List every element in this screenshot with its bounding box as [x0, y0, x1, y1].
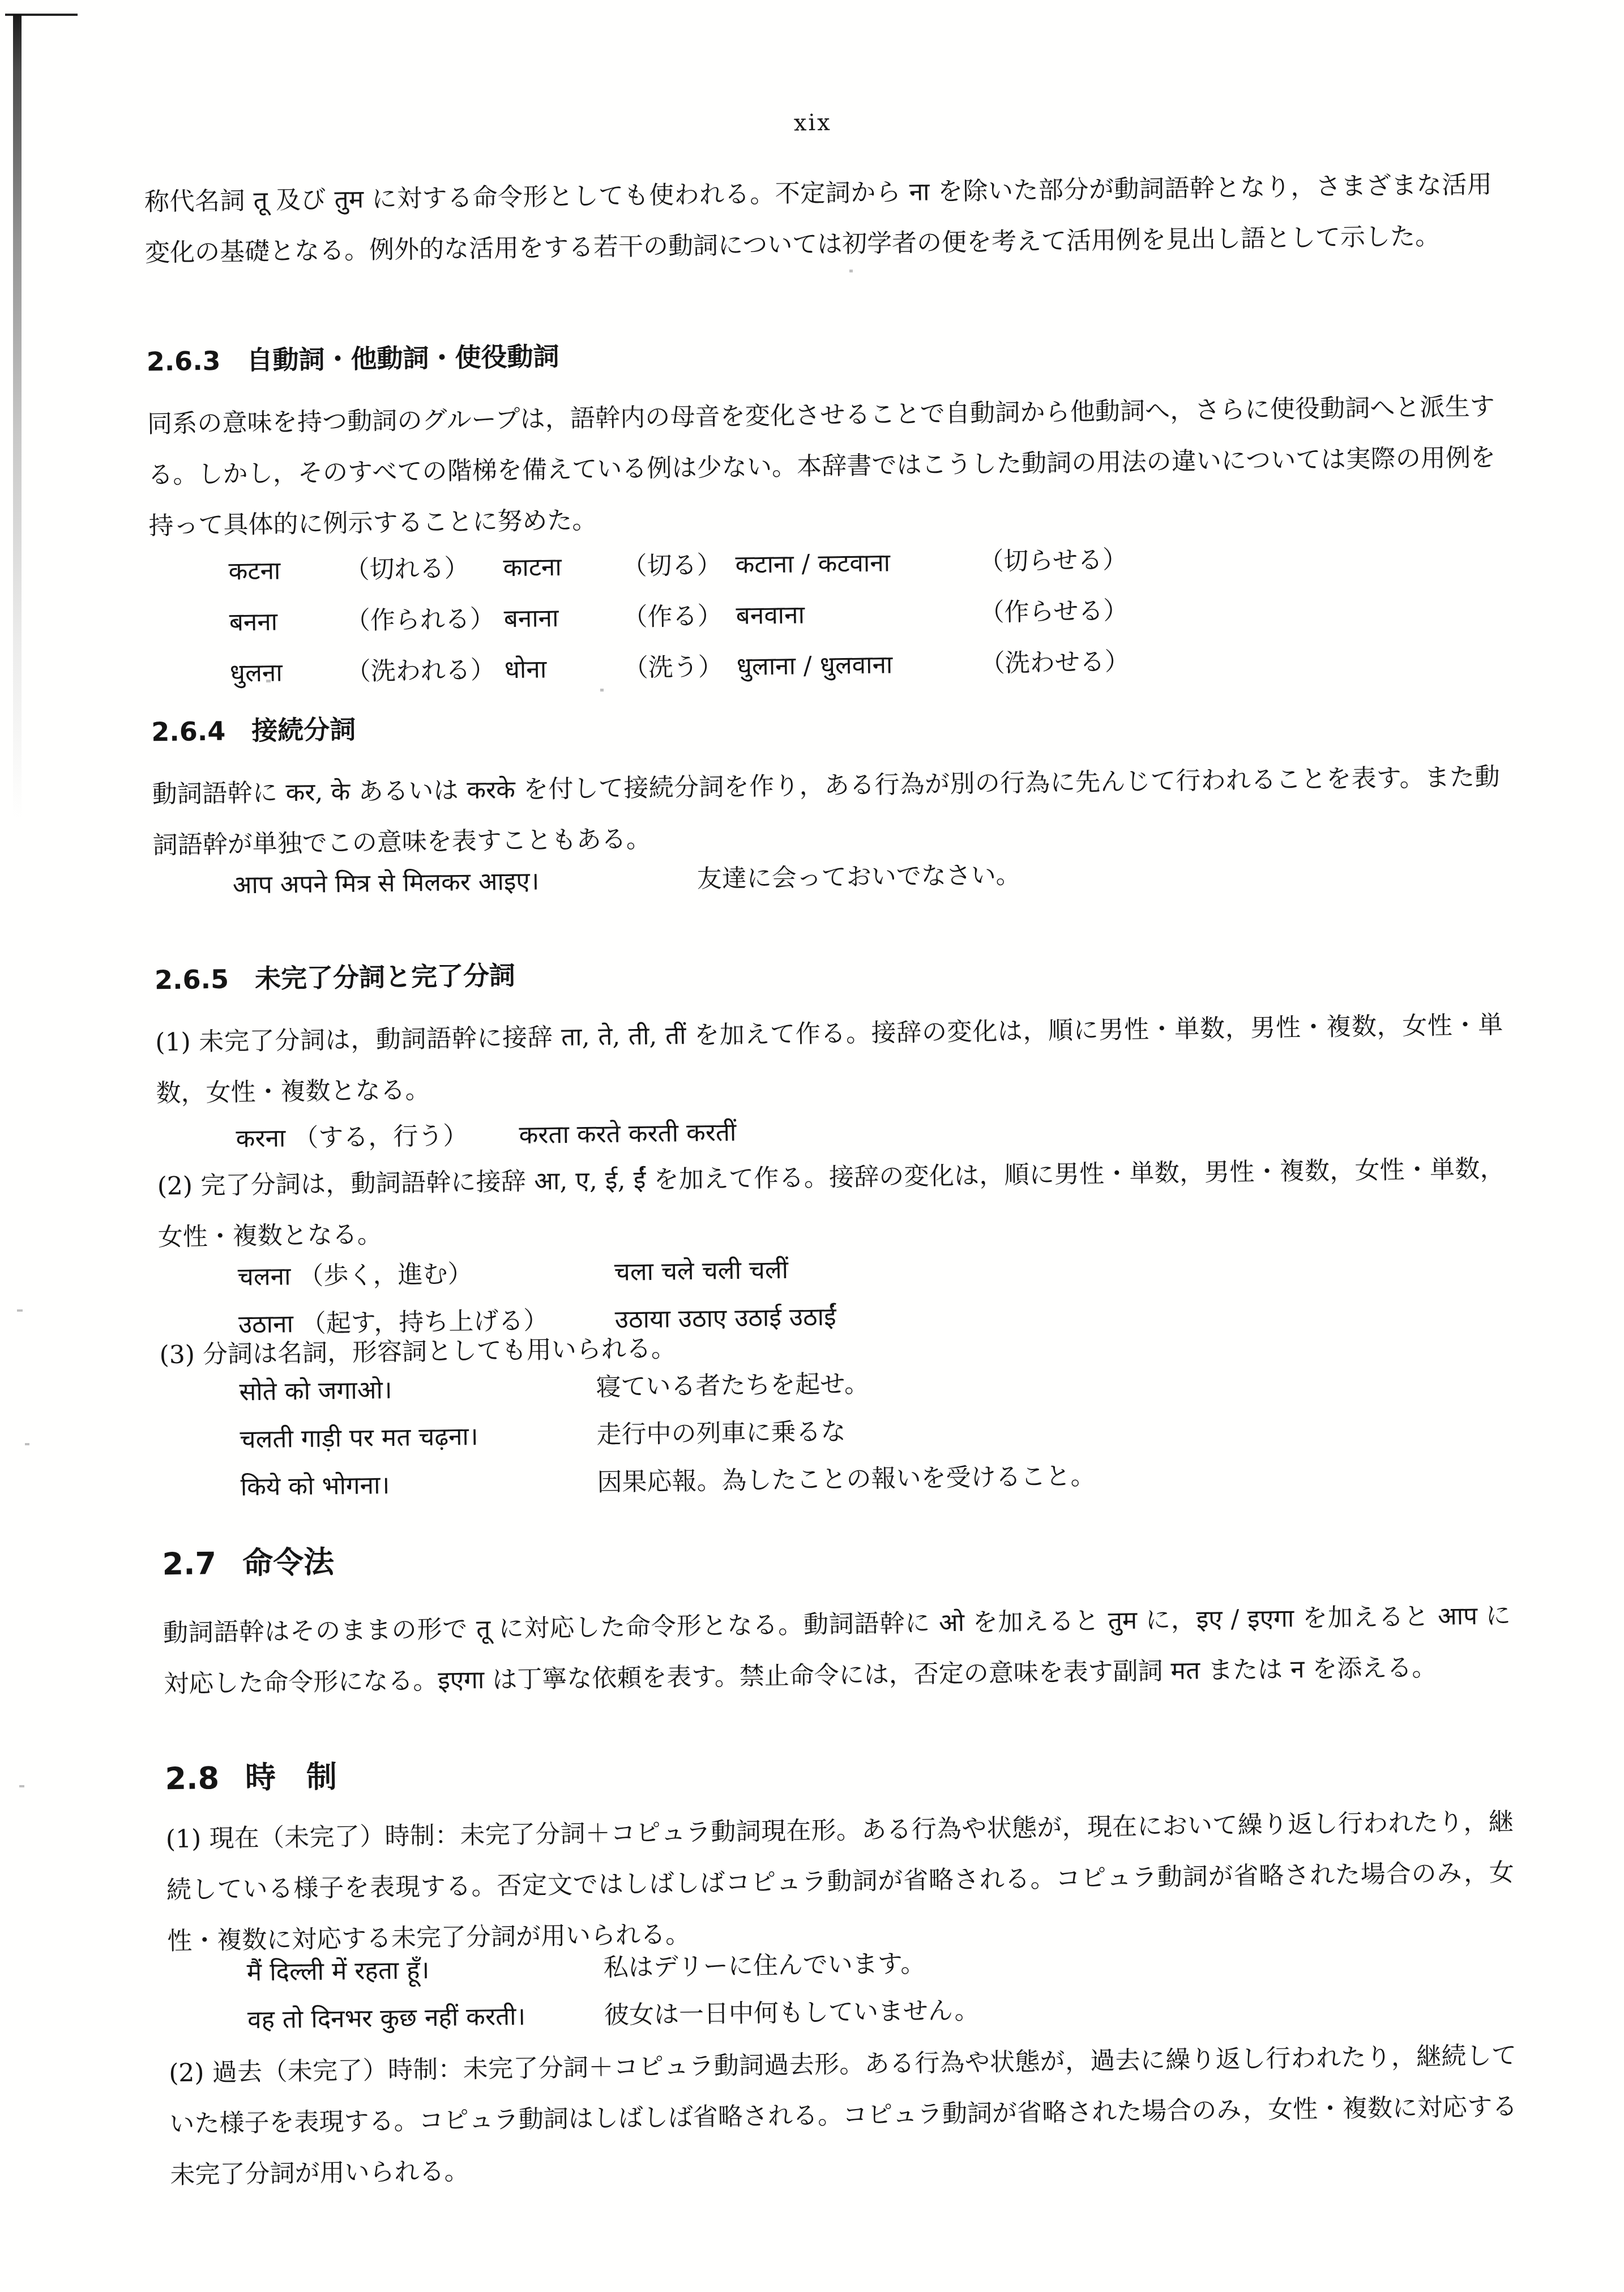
- section-heading-2-7: 2.7命令法: [162, 1527, 1624, 1582]
- causative-gloss: （切らせる）: [978, 528, 1624, 587]
- causative-gloss: （洗わせる）: [980, 630, 1624, 689]
- example-verb: चलना （歩く，進む）: [237, 1249, 614, 1301]
- section-heading-2-6-3: 2.6.3自動詞・他動詞・使役動詞: [146, 326, 1624, 377]
- transitive-verb: काटना: [503, 541, 622, 594]
- section-heading-2-8: 2.8時 制: [165, 1742, 1624, 1797]
- section-number: 2.7: [162, 1546, 216, 1582]
- page-content: xix 称代名詞 तू 及び तुम に対する命令形としても使われる。不定詞から…: [0, 0, 1624, 2203]
- causative-verb: कटाना / कटवाना: [735, 536, 979, 591]
- example-forms: चला चले चली चलीं: [614, 1247, 788, 1296]
- transitive-verb: बनाना: [503, 592, 623, 645]
- example-gloss: 因果応報。為したことの報いを受けること。: [597, 1453, 1096, 1507]
- example-gloss: 走行中の列車に乗るな: [596, 1408, 846, 1459]
- example-hindi: मैं दिल्ली में रहता हूँ।: [246, 1944, 604, 1996]
- example-gloss: 友達に会っておいでなさい。: [696, 851, 1021, 903]
- item-label: (2): [169, 2058, 204, 2088]
- transitive-gloss: （作る）: [622, 591, 736, 643]
- intransitive-gloss: （洗われる）: [345, 645, 505, 698]
- section-number: 2.8: [165, 1760, 219, 1796]
- item-label: (3): [159, 1340, 195, 1369]
- example-hindi: वह तो दिनभर कुछ नहीं करती।: [247, 1992, 604, 2044]
- numbered-item-2: (2) 過去（未完了）時制：未完了分詞＋コピュラ動詞過去形。ある行為や状態が，過…: [169, 2030, 1518, 2201]
- intransitive-verb: धुलना: [229, 647, 346, 699]
- causative-verb: बनवाना: [736, 587, 980, 642]
- section-heading-2-6-4: 2.6.4接続分詞: [151, 697, 1624, 748]
- example-gloss: 彼女は一日中何もしていません。: [604, 1987, 980, 2039]
- section-2-6-3-body: 同系の意味を持つ動詞のグループは，語幹内の母音を変化させることで自動詞から他動詞…: [147, 381, 1497, 552]
- example-hindi: किये को भोगना।: [240, 1459, 597, 1511]
- example-hindi: आप अपने मित्र से मिलकर आइए।: [232, 856, 697, 910]
- example-verb: करना （する，行う）: [236, 1112, 519, 1163]
- section-title: 自動詞・他動詞・使役動詞: [246, 341, 559, 375]
- section-number: 2.6.4: [151, 716, 226, 748]
- page-number: xix: [0, 0, 1624, 148]
- section-title: 時 制: [245, 1759, 337, 1795]
- scanned-page: xix 称代名詞 तू 及び तुम に対する命令形としても使われる。不定詞から…: [0, 0, 1624, 2292]
- example-hindi: सोते को जगाओ।: [239, 1364, 596, 1416]
- example-hindi: चलती गाड़ी पर मत चढ़ना।: [240, 1411, 597, 1463]
- example-gloss: 私はデリーに住んでいます。: [603, 1940, 926, 1992]
- example-forms: करता करते करती करतीं: [519, 1109, 737, 1159]
- intransitive-verb: कटना: [228, 545, 345, 597]
- intransitive-verb: बनना: [229, 596, 345, 648]
- item-label: (2): [157, 1171, 193, 1201]
- transitive-verb: धोना: [504, 643, 623, 695]
- section-number: 2.6.5: [155, 964, 229, 996]
- section-title: 接続分詞: [251, 714, 356, 746]
- item-body: 過去（未完了）時制：未完了分詞＋コピュラ動詞過去形。ある行為や状態が，過去に繰り…: [169, 2041, 1517, 2189]
- intransitive-gloss: （切れる）: [344, 543, 503, 596]
- item-label: (1): [155, 1028, 191, 1057]
- intransitive-gloss: （作られる）: [345, 594, 504, 647]
- causative-gloss: （作らせる）: [979, 579, 1624, 638]
- section-title: 命令法: [242, 1544, 335, 1581]
- item-body: 完了分詞は，動詞語幹に接辞 आ, ए, ई, ईं を加えて作る。接辞の変化は，…: [158, 1154, 1505, 1252]
- transitive-gloss: （洗う）: [623, 642, 737, 694]
- verb-derivation-table: कटना （切れる） काटना （切る） कटाना / कटवाना （切ら…: [228, 528, 1624, 699]
- item-body: 現在（未完了）時制：未完了分詞＋コピュラ動詞現在形。ある行為や状態が，現在におい…: [166, 1807, 1514, 1956]
- item-label: (1): [166, 1824, 202, 1854]
- section-title: 未完了分詞と完了分詞: [255, 960, 516, 994]
- transitive-gloss: （切る）: [622, 540, 736, 592]
- causative-verb: धुलाना / धुलवाना: [736, 638, 980, 693]
- intro-paragraph: 称代名詞 तू 及び तुम に対する命令形としても使われる。不定詞から ना …: [144, 159, 1493, 279]
- section-number: 2.6.3: [146, 345, 221, 377]
- section-heading-2-6-5: 2.6.5未完了分詞と完了分詞: [155, 945, 1624, 996]
- item-body: 未完了分詞は，動詞語幹に接辞 ता, ते, ती, तीं を加えて作る。接辞…: [156, 1010, 1503, 1108]
- section-2-7-body: 動詞語幹はそのままの形で तू に対応した命令形となる。動詞語幹に ओ を加える…: [163, 1590, 1511, 1710]
- example-gloss: 寝ている者たちを起せ。: [596, 1360, 870, 1411]
